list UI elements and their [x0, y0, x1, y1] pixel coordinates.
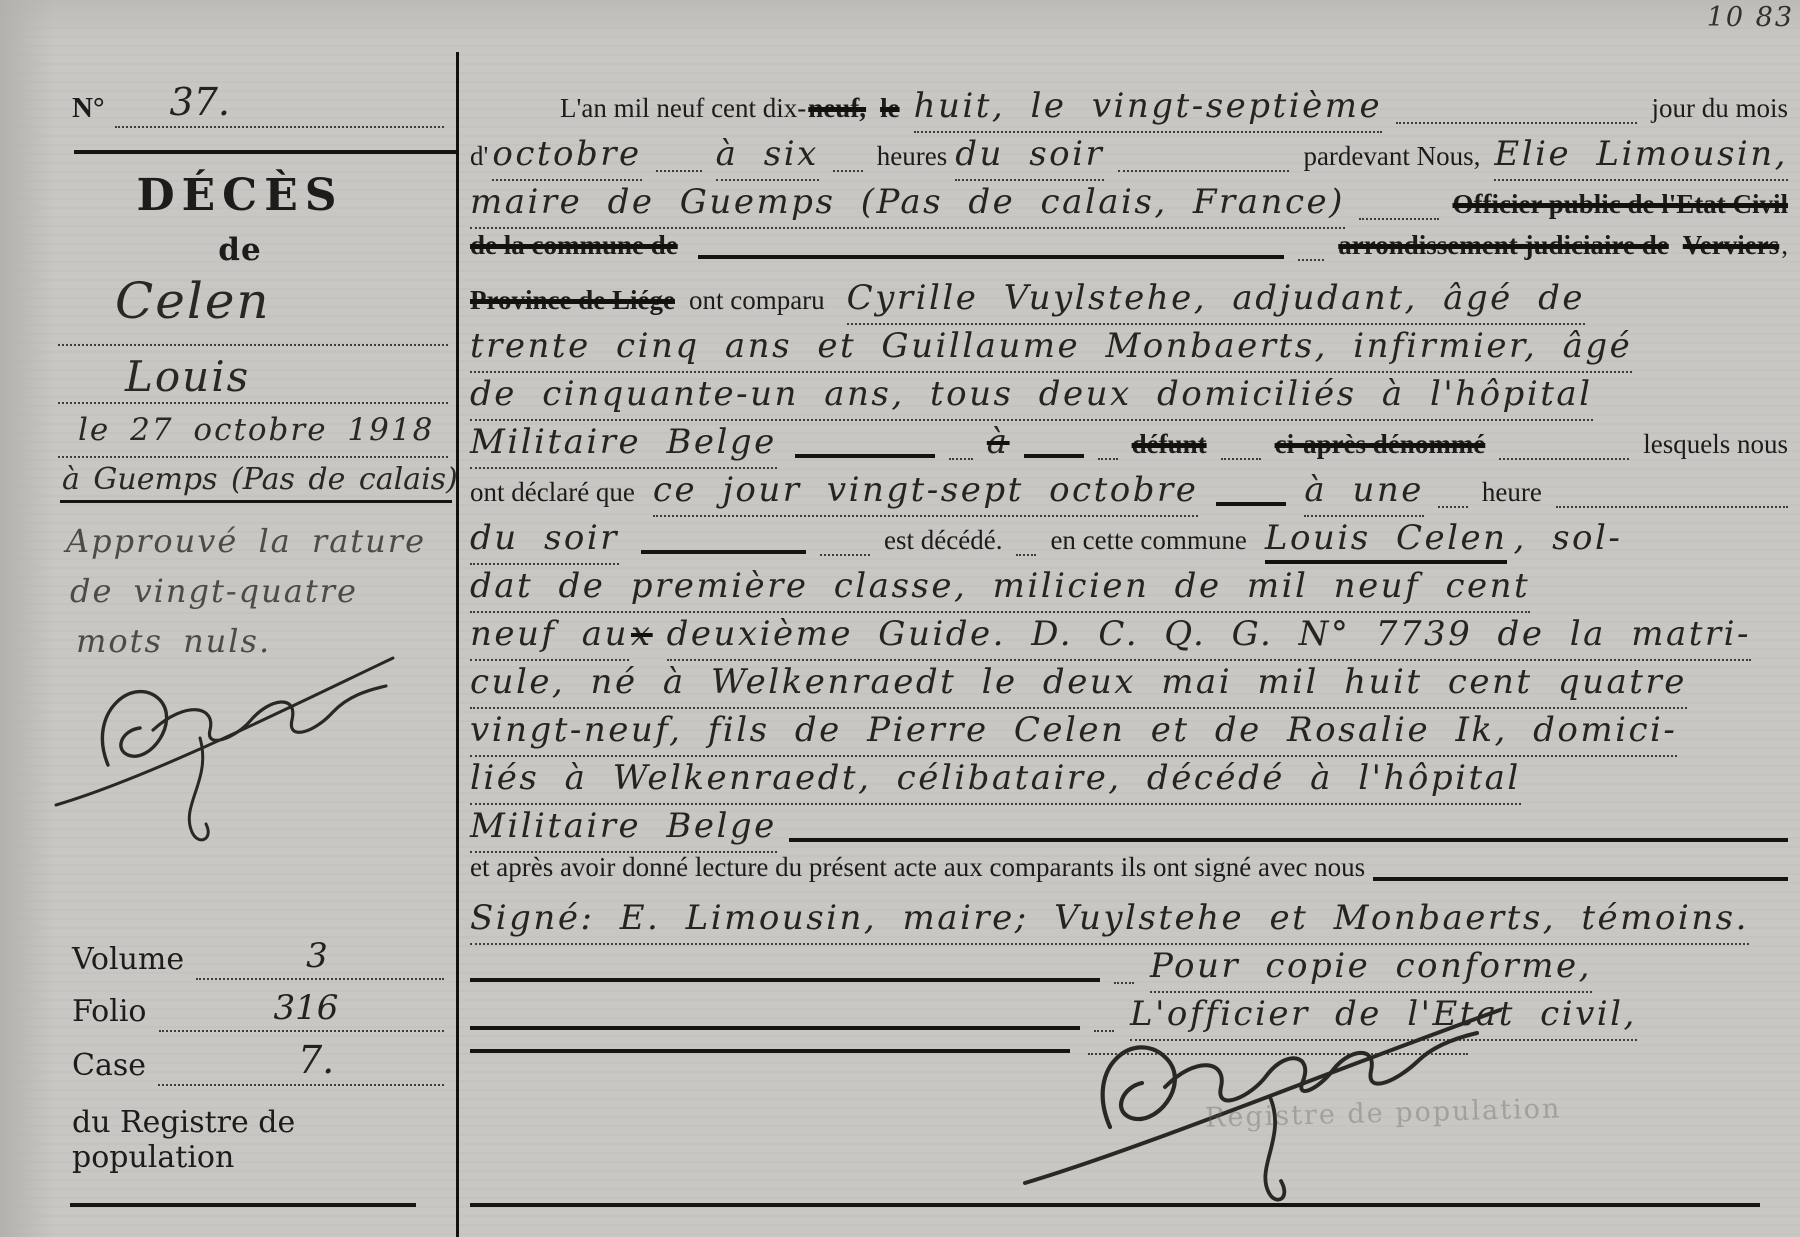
printed-form-text: pardevant Nous, — [1303, 141, 1480, 172]
body-line-5: Province de Liégeont comparuCyrille Vuyl… — [470, 278, 1788, 325]
dotted-blank-line — [656, 170, 702, 172]
act-number-value: 37. — [115, 80, 230, 124]
printed-form-text: heure — [1482, 477, 1542, 508]
handwritten-text-struck: à — [987, 422, 1010, 462]
printed-form-text: ont comparu — [689, 285, 825, 316]
handwritten-text: Militaire Belge — [470, 422, 777, 469]
dotted-blank-line — [949, 458, 973, 460]
body-line-1: L'an mil neuf cent dix-neuf,lehuit, le v… — [470, 86, 1788, 133]
inked-blank-line — [698, 255, 1285, 259]
handwritten-text: vingt-neuf, fils de Pierre Celen et de R… — [470, 710, 1677, 757]
handwritten-text: à une — [1304, 470, 1424, 517]
act-number-row: N° 37. — [72, 82, 444, 128]
case-value: 7. — [158, 1038, 334, 1082]
margin-rule-bottom — [70, 1203, 416, 1207]
body-line-2: d'octobreà sixheuresdu soirpardevant Nou… — [470, 134, 1788, 181]
body-line-17: et après avoir donné lecture du présent … — [470, 852, 1788, 883]
body-line-14: vingt-neuf, fils de Pierre Celen et de R… — [470, 710, 1788, 757]
body-line-6: trente cinq ans et Guillaume Monbaerts, … — [470, 326, 1788, 373]
body-line-10: du soirest décédé.en cette communeLouis … — [470, 518, 1788, 565]
folio-dotted-line: 316 — [159, 990, 445, 1032]
printed-form-text: heures — [877, 141, 947, 172]
dotted-blank-line — [1016, 554, 1036, 556]
handwritten-text: Militaire Belge — [470, 806, 777, 853]
inked-blank-line — [641, 550, 806, 554]
body-line-7: de cinquante-un ans, tous deux domicilié… — [470, 374, 1788, 421]
column-divider-rule — [456, 52, 459, 1237]
folio-row: Folio 316 — [72, 990, 444, 1032]
handwritten-text: Signé: E. Limousin, maire; Vuylstehe et … — [470, 898, 1749, 945]
printed-form-text: ont déclaré que — [470, 477, 635, 508]
dotted-blank-line — [1396, 122, 1637, 124]
handwritten-text: Cyrille Vuylstehe, adjudant, âgé de — [847, 278, 1585, 325]
act-number-dotted-line: 37. — [115, 82, 444, 128]
dotted-blank-line — [1359, 218, 1439, 220]
body-line-12: neuf auxdeuxième Guide. D. C. Q. G. N° 7… — [470, 614, 1788, 661]
dotted-blank-line — [820, 554, 870, 556]
handwritten-text: liés à Welkenraedt, célibataire, décédé … — [470, 758, 1521, 805]
margin-title: DÉCÈS — [60, 170, 420, 221]
printed-form-text-struck: arrondissement judiciaire de — [1338, 230, 1669, 261]
approval-note-line2: de vingt-quatre — [70, 572, 358, 610]
inked-blank-line — [470, 1049, 1070, 1053]
printed-form-text-struck: neuf, — [808, 93, 866, 124]
margin-rule-top — [74, 150, 458, 154]
body-line-8: Militaire Belgeàdéfuntci-après dénomméle… — [470, 422, 1788, 469]
handwritten-text: maire de Guemps (Pas de calais, France) — [470, 182, 1345, 229]
printed-form-text-struck: Officier public de l'Etat Civil — [1453, 189, 1788, 220]
inked-blank-line — [470, 978, 1100, 982]
scanned-death-certificate: { "page": { "corner_annotation": "10 83"… — [0, 0, 1800, 1237]
printed-form-text: lesquels nous — [1643, 429, 1788, 460]
volume-value: 3 — [196, 936, 328, 976]
margin-rule-mid — [60, 500, 452, 503]
handwritten-text: de cinquante-un ans, tous deux domicilié… — [470, 374, 1593, 421]
case-row: Case 7. — [72, 1040, 444, 1086]
folio-value: 316 — [159, 988, 339, 1028]
dotted-blank-line — [1118, 170, 1289, 172]
body-line-3: maire de Guemps (Pas de calais, France)O… — [470, 182, 1788, 229]
body-line-11: dat de première classe, milicien de mil … — [470, 566, 1788, 613]
handwritten-text: du soir — [955, 134, 1104, 181]
body-line-4: de la commune dearrondissement judiciair… — [470, 230, 1788, 261]
inked-blank-line — [1216, 502, 1286, 506]
deceased-surname: Celen — [115, 272, 271, 330]
printed-form-text: L'an mil neuf cent dix- — [560, 93, 806, 124]
handwritten-text: du soir — [470, 518, 619, 565]
printed-form-text: est décédé. — [884, 525, 1002, 556]
volume-row: Volume 3 — [72, 938, 444, 980]
printed-form-text: d' — [470, 141, 488, 172]
printed-form-text: en cette commune — [1050, 525, 1246, 556]
approval-note-line1: Approuvé la rature — [66, 522, 426, 560]
handwritten-text: Elie Limousin, — [1494, 134, 1788, 181]
printed-form-text-struck: Province de Liége — [470, 285, 675, 316]
case-label: Case — [72, 1048, 146, 1083]
dotted-blank-line — [833, 170, 863, 172]
body-line-16: Militaire Belge — [470, 806, 1788, 853]
margin-official-signature — [48, 640, 408, 870]
printed-form-text-struck: le — [880, 93, 900, 124]
printed-form-text-struck: de la commune de — [470, 230, 678, 261]
official-signature — [1015, 975, 1525, 1205]
death-place-note: à Guemps (Pas de calais) — [62, 462, 458, 497]
death-date-note: le 27 octobre 1918 — [78, 412, 434, 448]
volume-dotted-line: 3 — [196, 938, 444, 980]
printed-form-text-struck: ci-après dénommé — [1275, 429, 1486, 460]
act-number-label: N° — [72, 92, 105, 125]
handwritten-text: neuf au — [470, 614, 629, 661]
dotted-blank-line — [1499, 458, 1629, 460]
handwritten-text: huit, le vingt-septième — [914, 86, 1383, 133]
handwritten-text: deuxième Guide. D. C. Q. G. N° 7739 de l… — [667, 614, 1751, 661]
body-line-13: cule, né à Welkenraedt le deux mai mil h… — [470, 662, 1788, 709]
printed-form-text: et après avoir donné lecture du présent … — [470, 852, 1365, 883]
handwritten-text-struck: x — [631, 614, 653, 654]
margin-column: N° 37. DÉCÈS de Celen Louis le 27 octobr… — [0, 0, 458, 1237]
inked-blank-line — [1024, 454, 1084, 458]
body-line-18: Signé: E. Limousin, maire; Vuylstehe et … — [470, 898, 1788, 945]
handwritten-text: trente cinq ans et Guillaume Monbaerts, … — [470, 326, 1632, 373]
inked-blank-line — [1373, 877, 1788, 881]
handwritten-text: ce jour vingt-sept octobre — [653, 470, 1198, 517]
margin-title-de: de — [60, 232, 420, 268]
volume-label: Volume — [72, 942, 184, 977]
dotted-blank-line — [1221, 458, 1261, 460]
dotted-blank-line — [1298, 259, 1324, 261]
dotted-guide — [58, 344, 448, 346]
inked-blank-line — [789, 838, 1788, 842]
printed-form-text: , — [1781, 230, 1788, 261]
handwritten-text: octobre — [492, 134, 641, 181]
inked-blank-line — [470, 1026, 1080, 1030]
handwritten-text: à six — [716, 134, 819, 181]
deceased-firstname: Louis — [125, 352, 250, 401]
dotted-guide — [58, 456, 448, 458]
printed-form-text: jour du mois — [1651, 93, 1788, 124]
body-line-15: liés à Welkenraedt, célibataire, décédé … — [470, 758, 1788, 805]
case-dotted-line: 7. — [158, 1040, 444, 1086]
handwritten-text: , sol- — [1513, 518, 1622, 558]
dotted-guide — [58, 402, 448, 404]
printed-form-text-struck: défunt — [1132, 429, 1207, 460]
body-line-9: ont déclaré quece jour vingt-sept octobr… — [470, 470, 1788, 517]
dotted-blank-line — [1098, 458, 1118, 460]
handwritten-text: Louis Celen — [1265, 518, 1508, 564]
register-label: du Registre de population — [72, 1105, 458, 1175]
dotted-blank-line — [1438, 506, 1468, 508]
dotted-blank-line — [1556, 506, 1788, 508]
handwritten-text: cule, né à Welkenraedt le deux mai mil h… — [470, 662, 1687, 709]
folio-label: Folio — [72, 994, 147, 1029]
inked-blank-line — [795, 454, 935, 458]
handwritten-text: dat de première classe, milicien de mil … — [470, 566, 1530, 613]
printed-form-text-struck: Verviers — [1683, 230, 1779, 261]
